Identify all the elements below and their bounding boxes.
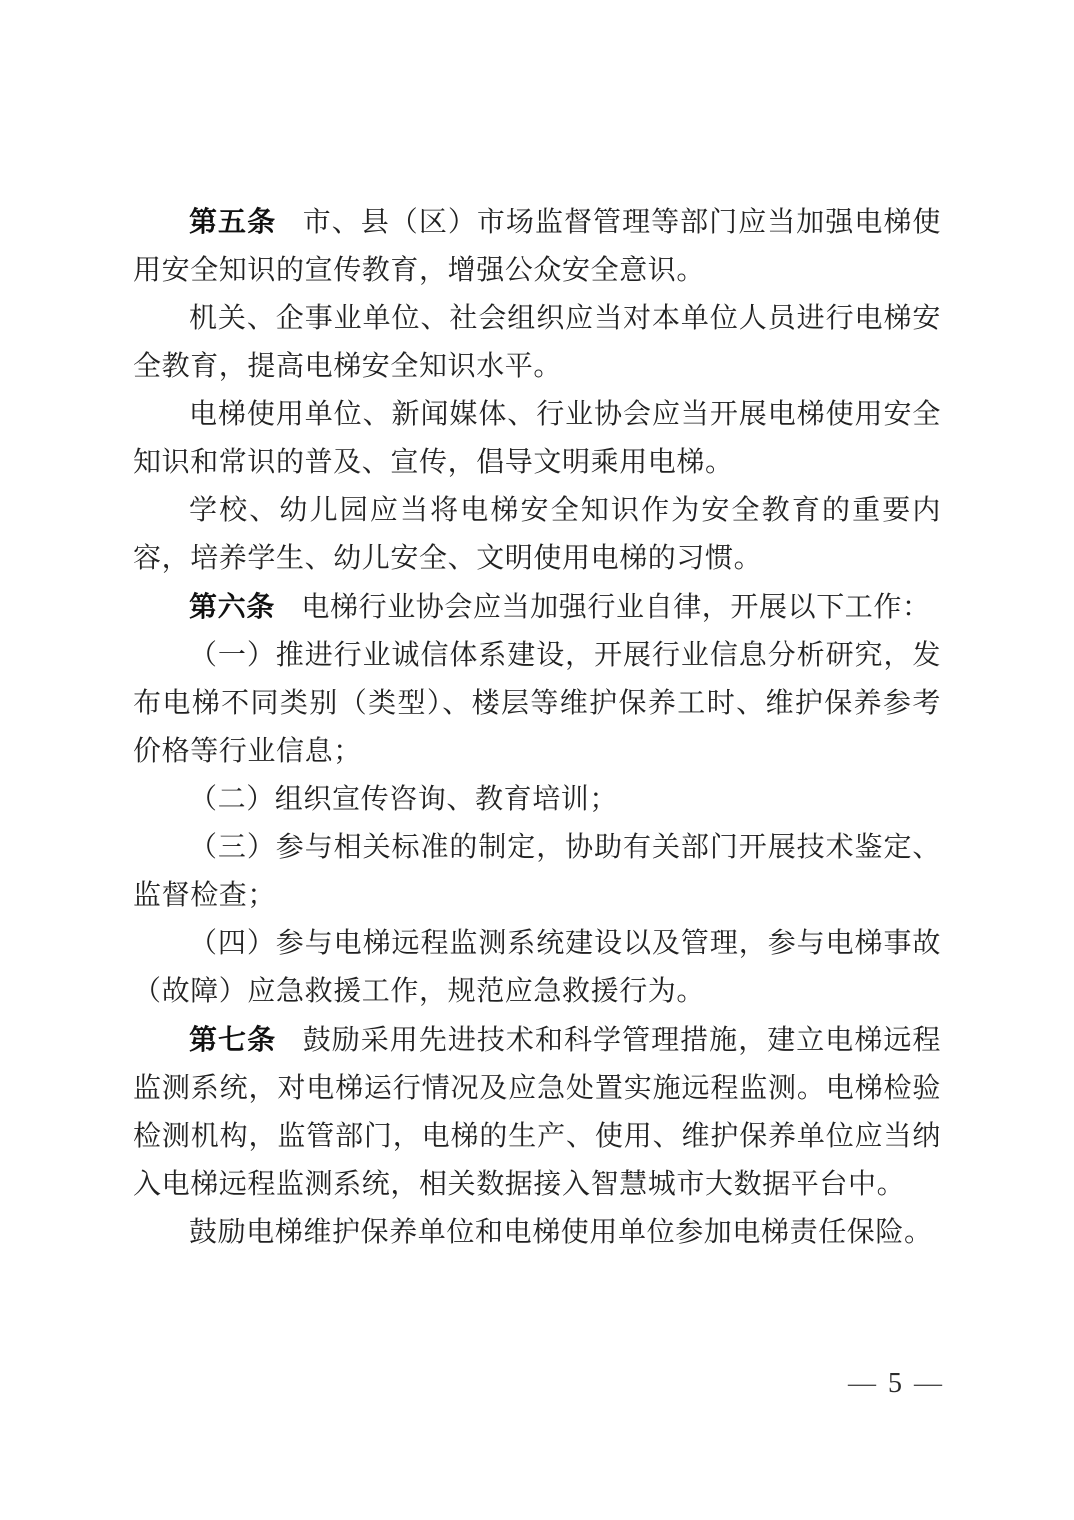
- paragraph-org-education: 机关、企事业单位、社会组织应当对本单位人员进行电梯安全教育，提高电梯安全知识水平…: [133, 295, 941, 391]
- paragraph-text: 电梯使用单位、新闻媒体、行业协会应当开展电梯使用安全知识和常识的普及、宣传，倡导…: [133, 399, 941, 478]
- article-7-paragraph: 第七条鼓励采用先进技术和科学管理措施，建立电梯远程监测系统，对电梯运行情况及应急…: [133, 1016, 941, 1209]
- page-number: 5: [888, 1364, 902, 1404]
- article-6-number: 第六条: [189, 591, 275, 622]
- page-footer: — 5 —: [848, 1364, 942, 1404]
- article-6-paragraph: 第六条电梯行业协会应当加强行业自律，开展以下工作：: [133, 583, 941, 632]
- paragraph-text: （一）推进行业诚信体系建设，开展行业信息分析研究，发布电梯不同类别（类型）、楼层…: [133, 640, 941, 767]
- paragraph-liability-insurance: 鼓励电梯维护保养单位和电梯使用单位参加电梯责任保险。: [133, 1209, 941, 1257]
- article-7-number: 第七条: [189, 1024, 276, 1055]
- article-6-list-item-3: （三）参与相关标准的制定，协助有关部门开展技术鉴定、监督检查；: [133, 824, 941, 920]
- article-5-number: 第五条: [189, 206, 276, 237]
- article-6-list-item-1: （一）推进行业诚信体系建设，开展行业信息分析研究，发布电梯不同类别（类型）、楼层…: [133, 632, 941, 776]
- article-6-text: 电梯行业协会应当加强行业自律，开展以下工作：: [301, 592, 930, 623]
- document-body: 第五条市、县（区）市场监督管理等部门应当加强电梯使用安全知识的宣传教育，增强公众…: [133, 198, 941, 1257]
- footer-dash-left: —: [848, 1364, 876, 1404]
- article-6-list-item-2: （二）组织宣传咨询、教育培训；: [133, 776, 941, 824]
- paragraph-text: 机关、企事业单位、社会组织应当对本单位人员进行电梯安全教育，提高电梯安全知识水平…: [133, 303, 941, 382]
- footer-dash-right: —: [914, 1364, 942, 1404]
- scanned-document-page: { "page": { "background": "#ffffff", "bo…: [0, 0, 1074, 1520]
- paragraph-text: 鼓励电梯维护保养单位和电梯使用单位参加电梯责任保险。: [189, 1217, 933, 1248]
- paragraph-school-education: 学校、幼儿园应当将电梯安全知识作为安全教育的重要内容，培养学生、幼儿安全、文明使…: [133, 487, 941, 583]
- paragraph-text: （四）参与电梯远程监测系统建设以及管理，参与电梯事故（故障）应急救援工作，规范应…: [133, 928, 941, 1007]
- paragraph-media-promotion: 电梯使用单位、新闻媒体、行业协会应当开展电梯使用安全知识和常识的普及、宣传，倡导…: [133, 391, 941, 487]
- article-5-paragraph: 第五条市、县（区）市场监督管理等部门应当加强电梯使用安全知识的宣传教育，增强公众…: [133, 198, 941, 295]
- paragraph-text: 学校、幼儿园应当将电梯安全知识作为安全教育的重要内容，培养学生、幼儿安全、文明使…: [133, 495, 941, 574]
- paragraph-text: （三）参与相关标准的制定，协助有关部门开展技术鉴定、监督检查；: [133, 832, 941, 911]
- article-6-list-item-4: （四）参与电梯远程监测系统建设以及管理，参与电梯事故（故障）应急救援工作，规范应…: [133, 920, 941, 1016]
- paragraph-text: （二）组织宣传咨询、教育培训；: [189, 784, 618, 815]
